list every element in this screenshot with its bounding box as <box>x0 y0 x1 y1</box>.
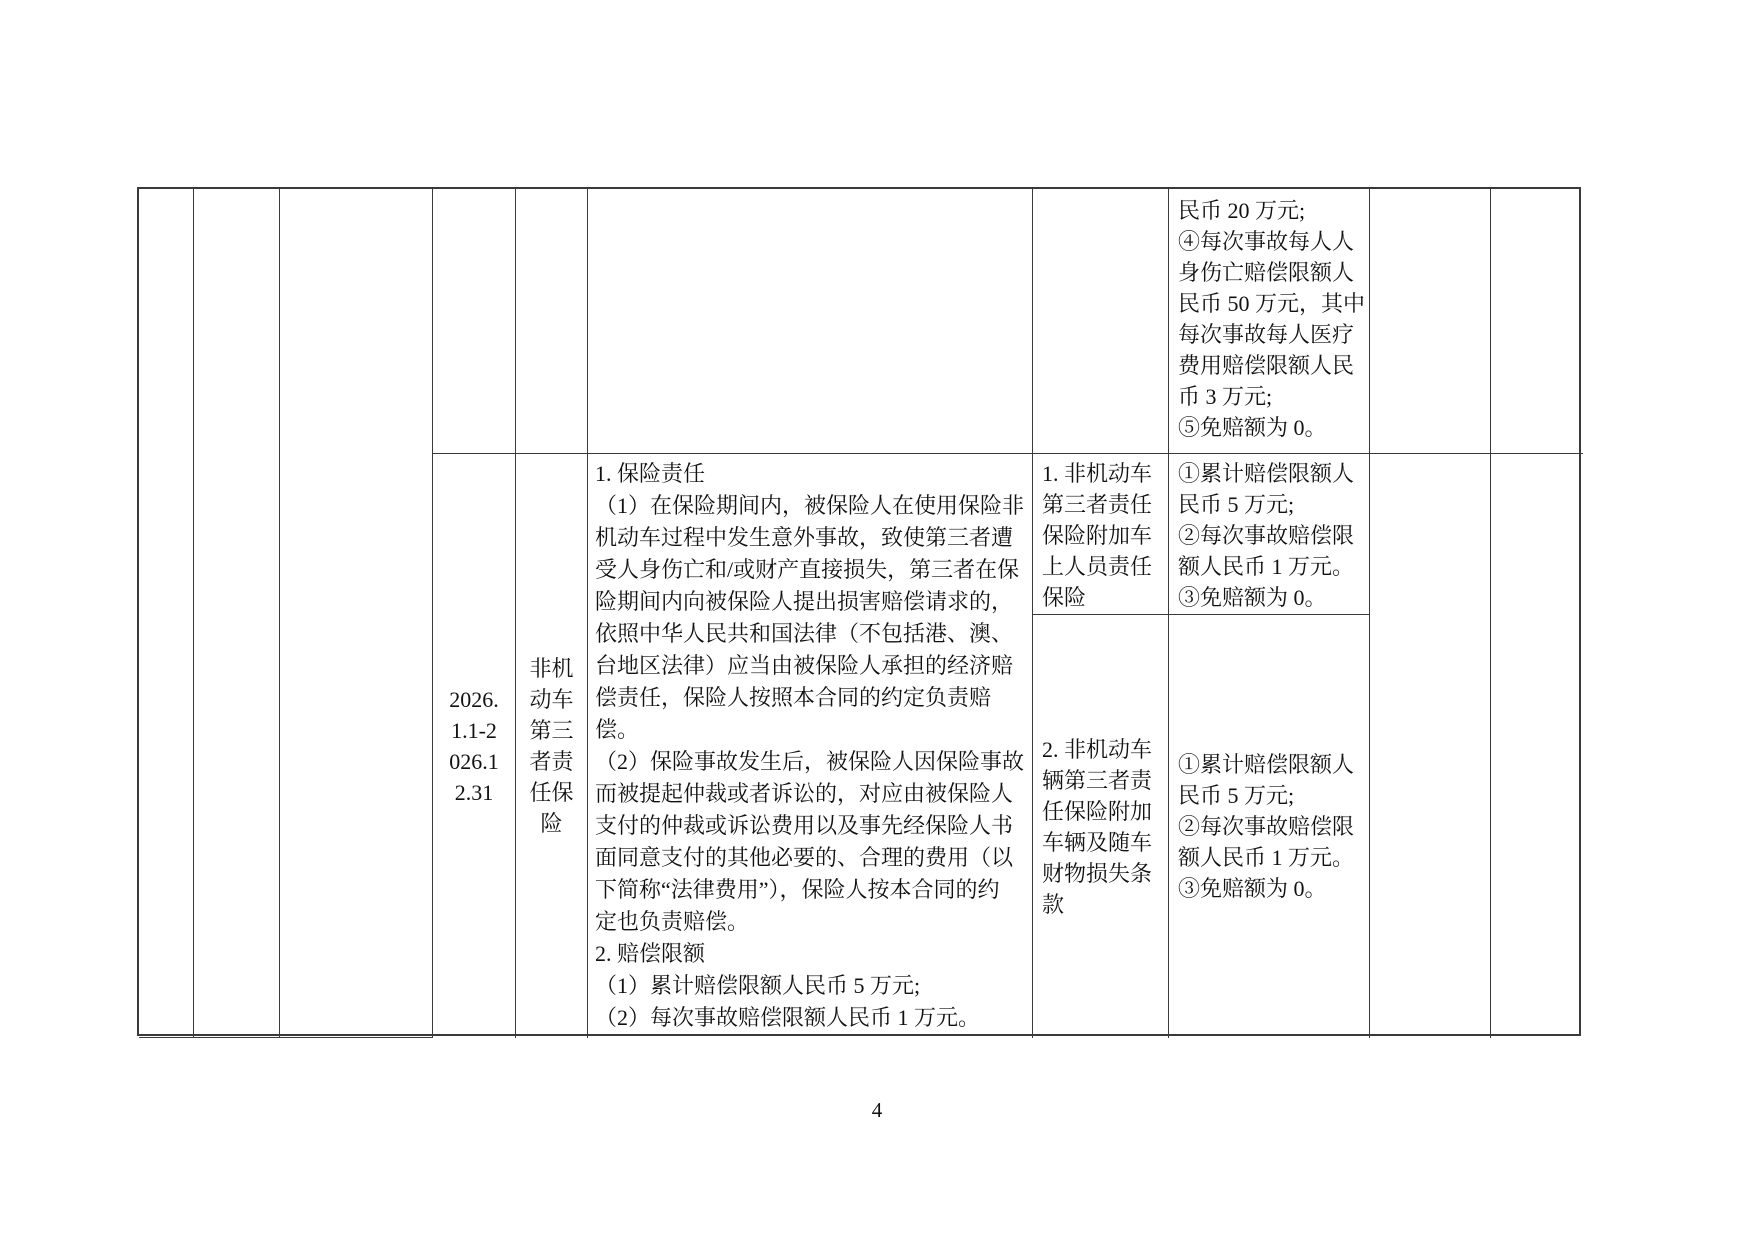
period-text: 2026. 1.1-2 026.1 2.31 <box>449 684 499 808</box>
cell-empty-col10-bottom <box>1491 454 1583 1038</box>
coverage-name-text: 非机 动车 第三 者责 任保 险 <box>529 653 573 839</box>
cell-insurance-terms: 1. 保险责任 （1）在保险期间内，被保险人在使用保险非 机动车过程中发生意外事… <box>588 454 1033 1038</box>
clause-2-name-text: 2. 非机动车 辆第三者责 任保险附加 车辆及随车 财物损失条 款 <box>1042 734 1152 920</box>
cell-period-empty-top <box>433 189 516 454</box>
cell-clause-1-limits: ①累计赔偿限额人 民币 5 万元; ②每次事故赔偿限 额人民币 1 万元。 ③免… <box>1169 454 1370 615</box>
page-number: 4 <box>0 1098 1754 1122</box>
cell-empty-col9-top <box>1370 189 1491 454</box>
cell-empty-col2 <box>194 189 280 1038</box>
clause-1-name-text: 1. 非机动车 第三者责任 保险附加车 上人员责任 保险 <box>1033 454 1168 613</box>
cell-coverage-empty-top <box>516 189 588 454</box>
cell-clause-1-name: 1. 非机动车 第三者责任 保险附加车 上人员责任 保险 <box>1033 454 1169 615</box>
cell-clause-empty-top <box>1033 189 1169 454</box>
cell-clause-2-name: 2. 非机动车 辆第三者责 任保险附加 车辆及随车 财物损失条 款 <box>1033 615 1169 1038</box>
cell-empty-col9-bottom <box>1370 454 1491 1038</box>
clause-1-limits-text: ①累计赔偿限额人 民币 5 万元; ②每次事故赔偿限 额人民币 1 万元。 ③免… <box>1169 454 1369 613</box>
cell-empty-col1 <box>139 189 194 1038</box>
cell-coverage-name: 非机 动车 第三 者责 任保 险 <box>516 454 588 1038</box>
cell-clause-2-limits: ①累计赔偿限额人 民币 5 万元; ②每次事故赔偿限 额人民币 1 万元。 ③免… <box>1169 615 1370 1038</box>
cell-terms-empty-top <box>588 189 1033 454</box>
cell-empty-col3 <box>280 189 433 1038</box>
insurance-terms-text: 1. 保险责任 （1）在保险期间内，被保险人在使用保险非 机动车过程中发生意外事… <box>588 454 1032 1038</box>
cell-period: 2026. 1.1-2 026.1 2.31 <box>433 454 516 1038</box>
clause-2-limits-text: ①累计赔偿限额人 民币 5 万元; ②每次事故赔偿限 额人民币 1 万元。 ③免… <box>1178 749 1354 904</box>
document-page: 2026. 1.1-2 026.1 2.31 非机 动车 第三 者责 任保 险 … <box>0 0 1754 1241</box>
cell-limits-continued: 民币 20 万元; ④每次事故每人人 身伤亡赔偿限额人 民币 50 万元，其中 … <box>1169 189 1370 454</box>
cell-empty-col10-top <box>1491 189 1583 454</box>
limits-continued-text: 民币 20 万元; ④每次事故每人人 身伤亡赔偿限额人 民币 50 万元，其中 … <box>1169 189 1369 443</box>
insurance-schedule-table: 2026. 1.1-2 026.1 2.31 非机 动车 第三 者责 任保 险 … <box>137 187 1581 1036</box>
